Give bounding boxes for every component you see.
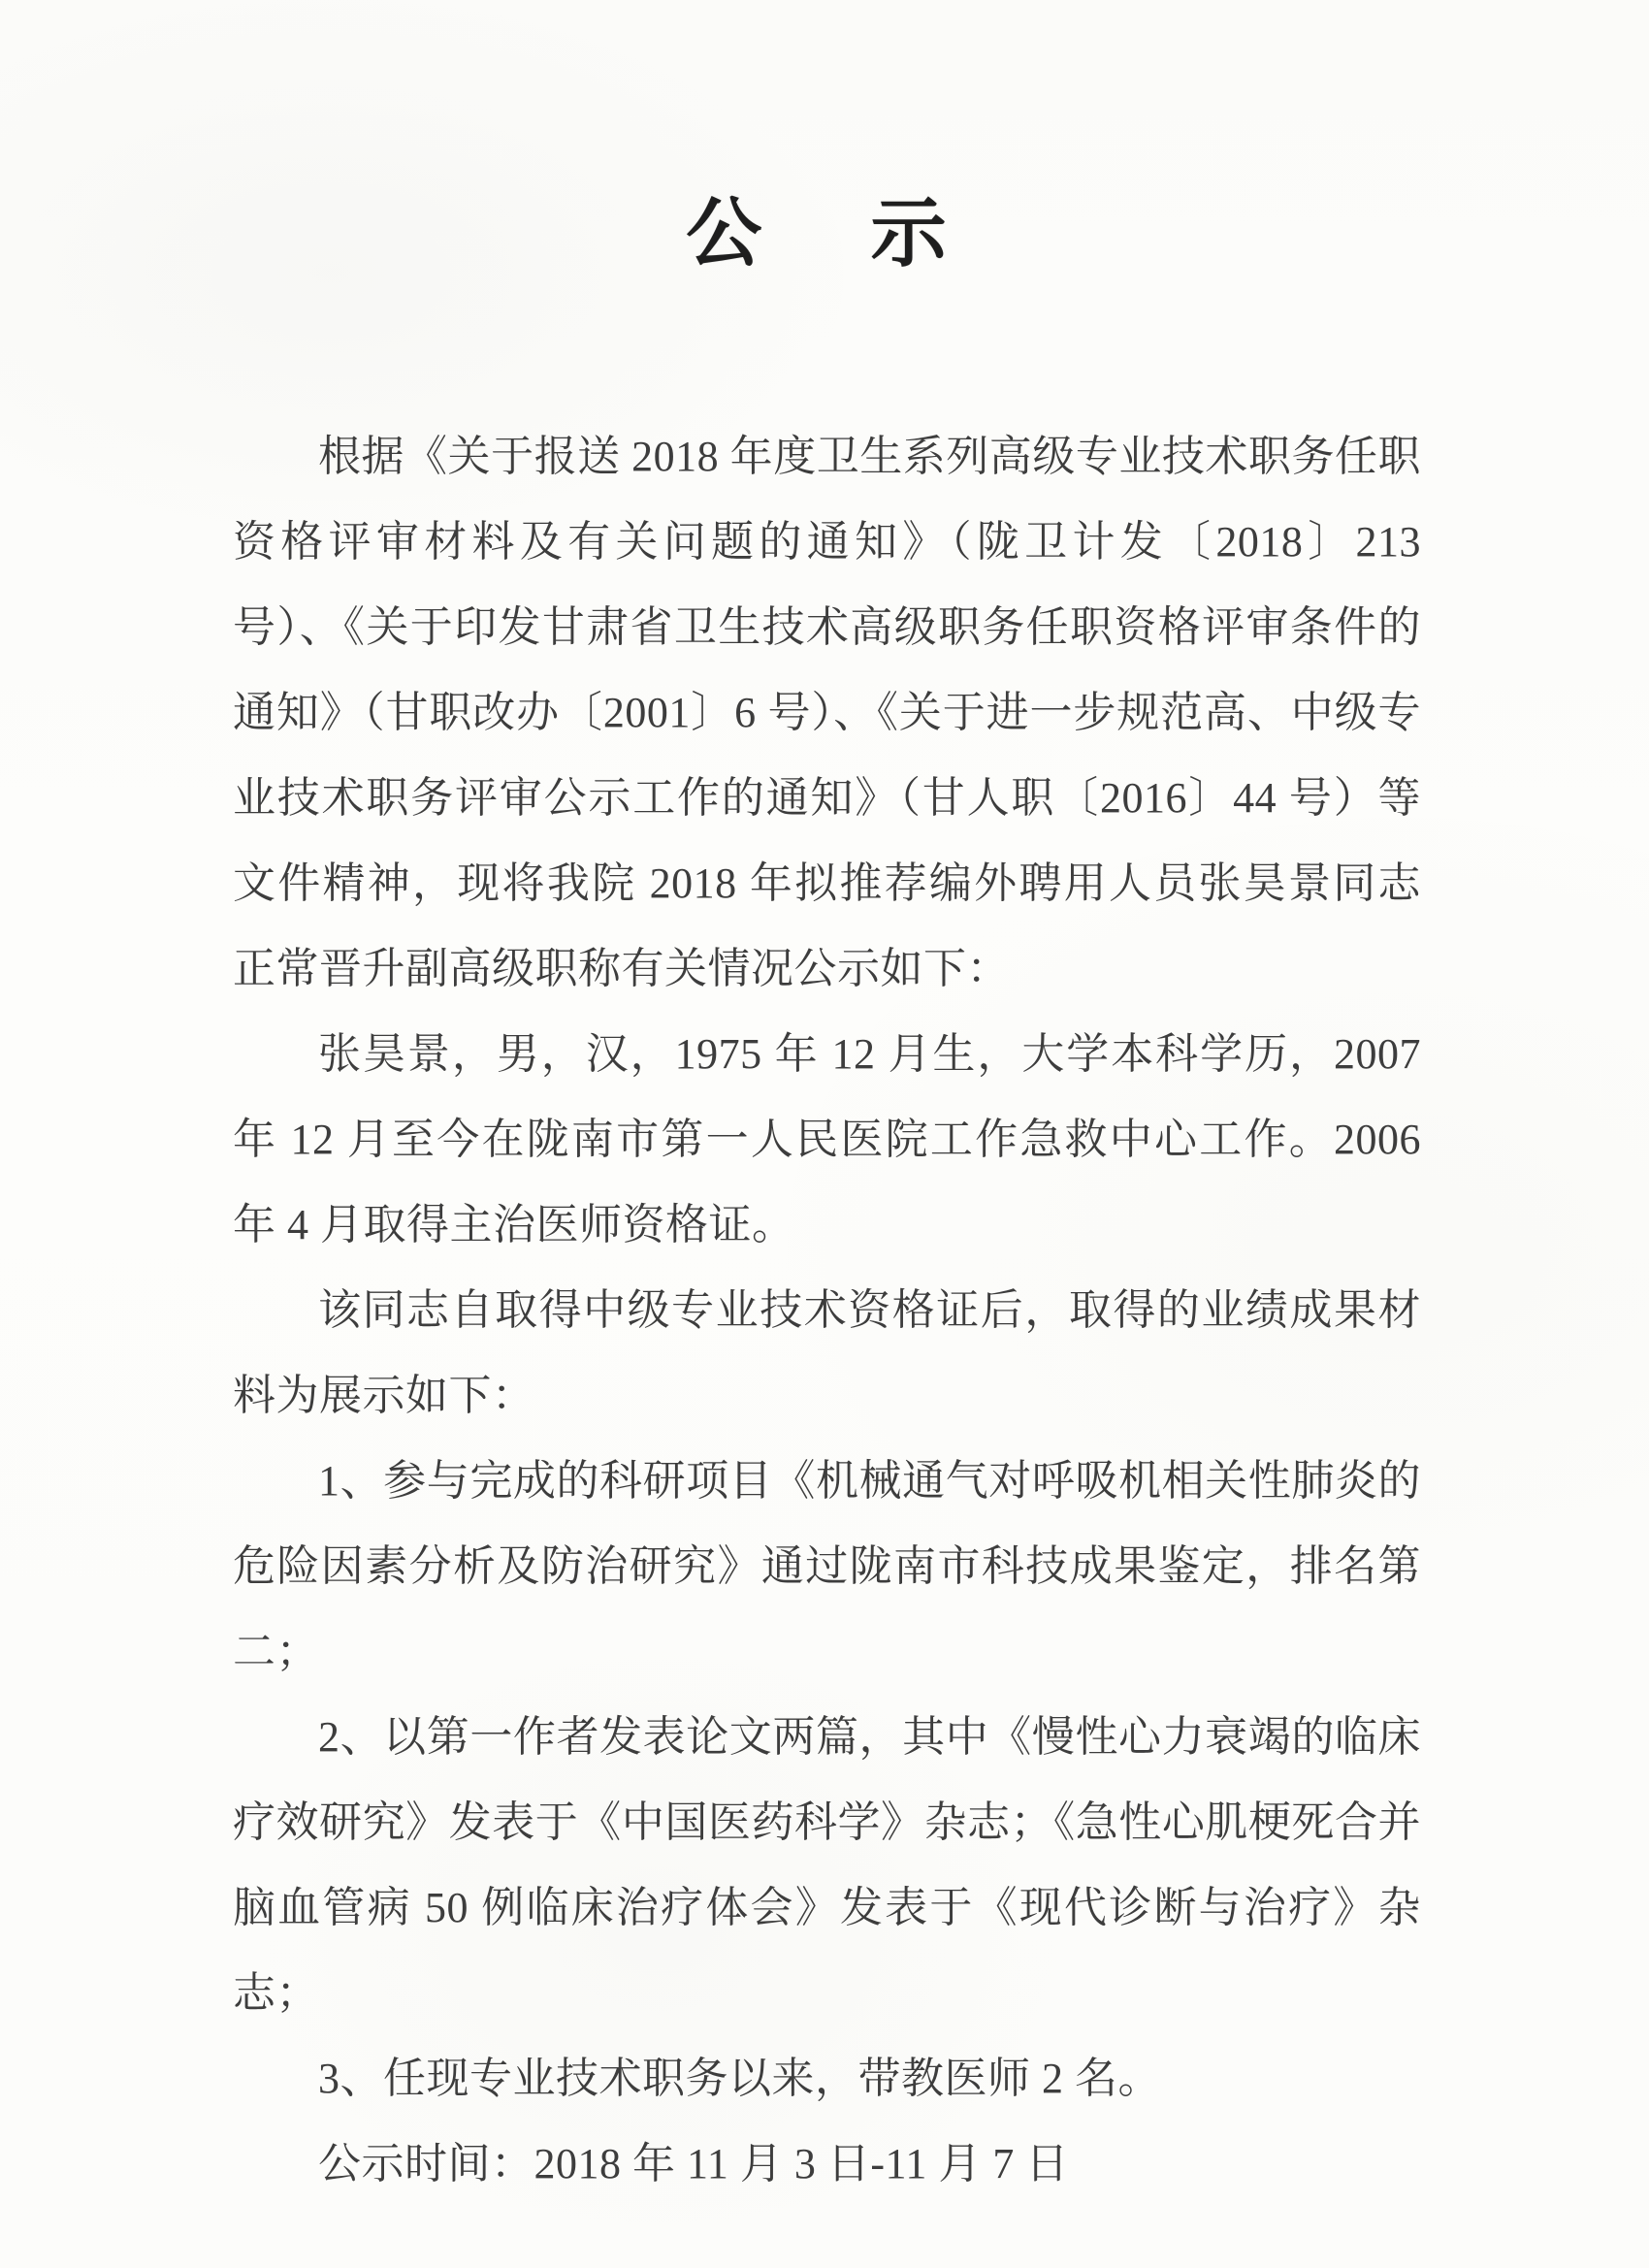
scanned-notice-page: 公 示 根据《关于报送 2018 年度卫生系列高级专业技术职务任职资格评审材料及… (0, 0, 1649, 2268)
paragraph-item-2-publications: 2、以第一作者发表论文两篇，其中《慢性心力衰竭的临床疗效研究》发表于《中国医药科… (233, 1695, 1421, 2036)
document-body: 根据《关于报送 2018 年度卫生系列高级专业技术职务任职资格评审材料及有关问题… (233, 414, 1421, 2207)
paragraph-personal-profile: 张昊景，男，汉，1975 年 12 月生，大学本科学历，2007 年 12 月至… (233, 1012, 1421, 1268)
paragraph-basis: 根据《关于报送 2018 年度卫生系列高级专业技术职务任职资格评审材料及有关问题… (233, 414, 1421, 1012)
paragraph-achievements-intro: 该同志自取得中级专业技术资格证后，取得的业绩成果材料为展示如下： (233, 1268, 1421, 1439)
paragraph-item-3-mentoring: 3、任现专业技术职务以来，带教医师 2 名。 (233, 2036, 1421, 2122)
paragraph-item-1-research-project: 1、参与完成的科研项目《机械通气对呼吸机相关性肺炎的危险因素分析及防治研究》通过… (233, 1439, 1421, 1695)
document-title: 公 示 (0, 189, 1649, 278)
paragraph-publicity-period: 公示时间：2018 年 11 月 3 日-11 月 7 日 (233, 2122, 1421, 2207)
